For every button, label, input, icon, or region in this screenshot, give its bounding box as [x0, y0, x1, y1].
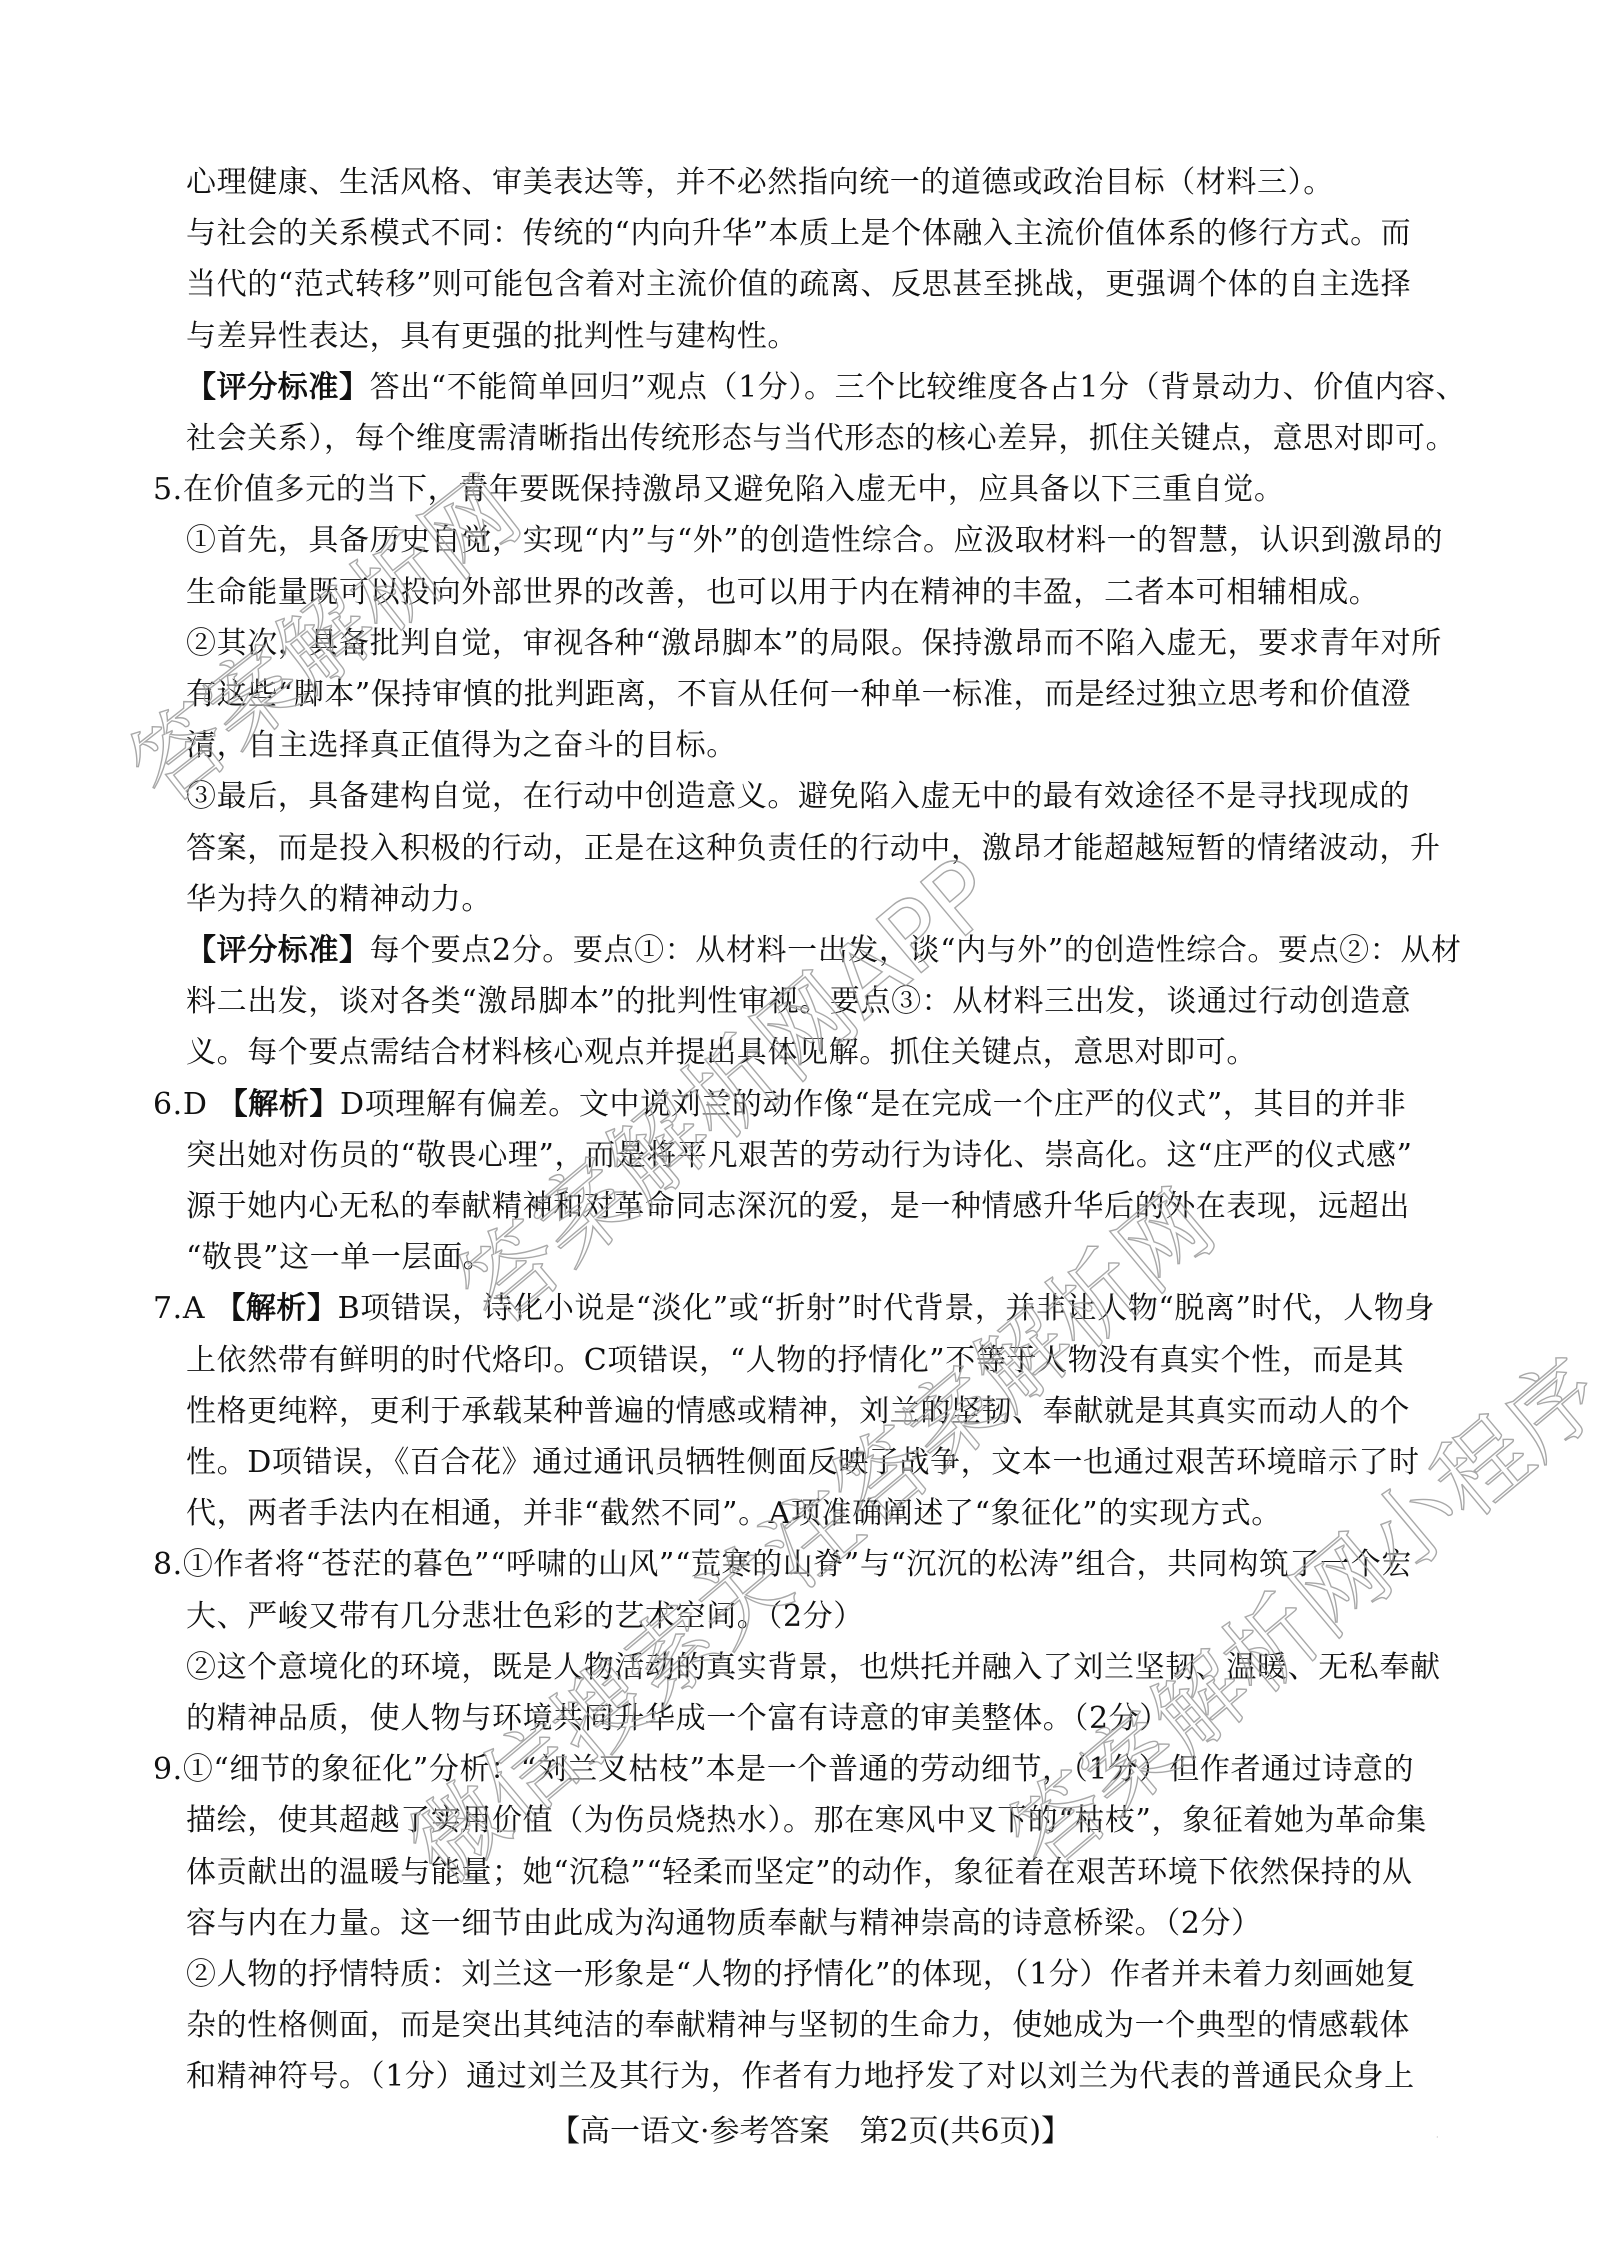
answer-choice: 6.D [153, 1087, 218, 1122]
text-line: 9.①“细节的象征化”分析：“刘兰叉枯枝”本是一个普通的劳动细节，（1分）但作者… [153, 1750, 1414, 1790]
line-text: 有这些“脚本”保持审慎的批判距离，不盲从任何一种单一标准，而是经过独立思考和价值… [186, 677, 1411, 712]
section-label: 【评分标准】 [186, 370, 370, 405]
text-line: 当代的“范式转移”则可能包含着对主流价值的疏离、反思甚至挑战，更强调个体的自主选… [186, 265, 1411, 305]
line-text: 8.①作者将“苍茫的暮色”“呼啸的山风”“荒寒的山脊”与“沉沉的松涛”组合，共同… [153, 1547, 1412, 1582]
line-text: 每个要点2分。要点①：从材料一出发，谈“内与外”的创造性综合。要点②：从材 [370, 933, 1462, 968]
text-line: 【评分标准】每个要点2分。要点①：从材料一出发，谈“内与外”的创造性综合。要点②… [186, 931, 1462, 971]
line-text: 与社会的关系模式不同：传统的“内向升华”本质上是个体融入主流价值体系的修行方式。… [186, 216, 1411, 251]
line-text: 突出她对伤员的“敬畏心理”，而是将平凡艰苦的劳动行为诗化、崇高化。这“庄严的仪式… [186, 1138, 1413, 1173]
line-text: 源于她内心无私的奉献精神和对革命同志深沉的爱，是一种情感升华后的外在表现，远超出 [186, 1189, 1410, 1224]
page-footer: 【高一语文·参考答案 第2页(共6页)】 [550, 2112, 1071, 2152]
text-line: 源于她内心无私的奉献精神和对革命同志深沉的爱，是一种情感升华后的外在表现，远超出 [186, 1187, 1410, 1227]
line-text: 与差异性表达，具有更强的批判性与建构性。 [186, 319, 798, 354]
text-line: 与差异性表达，具有更强的批判性与建构性。 [186, 317, 798, 357]
text-line: 生命能量既可以投向外部世界的改善，也可以用于内在精神的丰盈，二者本可相辅相成。 [186, 573, 1379, 613]
text-line: 杂的性格侧面，而是突出其纯洁的奉献精神与坚韧的生命力，使她成为一个典型的情感载体 [186, 2006, 1410, 2046]
text-line: 义。每个要点需结合材料核心观点并提出具体见解。抓住关键点，意思对即可。 [186, 1033, 1257, 1073]
text-line: 有这些“脚本”保持审慎的批判距离，不盲从任何一种单一标准，而是经过独立思考和价值… [186, 675, 1411, 715]
text-line: 7.A 【解析】B项错误，诗化小说是“淡化”或“折射”时代背景，并非让人物“脱离… [153, 1289, 1435, 1329]
text-line: “敬畏”这一单一层面。 [186, 1238, 493, 1278]
text-line: 料二出发，谈对各类“激昂脚本”的批判性审视。要点③：从材料三出发，谈通过行动创造… [186, 982, 1411, 1022]
text-line: 大、严峻又带有几分悲壮色彩的艺术空间。（2分） [186, 1597, 864, 1637]
line-text: 当代的“范式转移”则可能包含着对主流价值的疏离、反思甚至挑战，更强调个体的自主选… [186, 267, 1411, 302]
text-line: 代，两者手法内在相通，并非“截然不同”。A项准确阐述了“象征化”的实现方式。 [186, 1494, 1282, 1534]
text-line: 8.①作者将“苍茫的暮色”“呼啸的山风”“荒寒的山脊”与“沉沉的松涛”组合，共同… [153, 1545, 1412, 1585]
answer-choice: 7.A [153, 1291, 215, 1326]
text-line: 突出她对伤员的“敬畏心理”，而是将平凡艰苦的劳动行为诗化、崇高化。这“庄严的仪式… [186, 1136, 1413, 1176]
text-line: 社会关系），每个维度需清晰指出传统形态与当代形态的核心差异，抓住关键点，意思对即… [186, 419, 1456, 459]
text-line: ①首先，具备历史自觉，实现“内”与“外”的创造性综合。应汲取材料一的智慧，认识到… [186, 521, 1443, 561]
line-text: ③最后，具备建构自觉，在行动中创造意义。避免陷入虚无中的最有效途径不是寻找现成的 [186, 779, 1410, 814]
line-text: D项理解有偏差。文中说刘兰的动作像“是在完成一个庄严的仪式”，其目的并非 [340, 1087, 1406, 1122]
text-line: 与社会的关系模式不同：传统的“内向升华”本质上是个体融入主流价值体系的修行方式。… [186, 214, 1411, 254]
line-text: 代，两者手法内在相通，并非“截然不同”。A项准确阐述了“象征化”的实现方式。 [186, 1496, 1282, 1531]
line-text: 描绘，使其超越了实用价值（为伤员烧热水）。那在寒风中叉下的“枯枝”，象征着她为革… [186, 1803, 1427, 1838]
line-text: 义。每个要点需结合材料核心观点并提出具体见解。抓住关键点，意思对即可。 [186, 1035, 1257, 1070]
text-line: ②其次，具备批判自觉，审视各种“激昂脚本”的局限。保持激昂而不陷入虚无，要求青年… [186, 624, 1442, 664]
line-text: 上依然带有鲜明的时代烙印。C项错误，“人物的抒情化”不等于人物没有真实个性，而是… [186, 1343, 1404, 1378]
line-text: ①首先，具备历史自觉，实现“内”与“外”的创造性综合。应汲取材料一的智慧，认识到… [186, 523, 1443, 558]
section-label: 【解析】 [218, 1087, 340, 1122]
line-text: 心理健康、生活风格、审美表达等，并不必然指向统一的道德或政治目标（材料三）。 [186, 165, 1334, 200]
line-text: 的精神品质，使人物与环境共同升华成一个富有诗意的审美整体。（2分） [186, 1701, 1170, 1736]
line-text: “敬畏”这一单一层面。 [186, 1240, 493, 1275]
text-line: ②人物的抒情特质：刘兰这一形象是“人物的抒情化”的体现，（1分）作者并未着力刻画… [186, 1955, 1416, 1995]
text-line: 体贡献出的温暖与能量；她“沉稳”“轻柔而坚定”的动作，象征着在艰苦环境下依然保持… [186, 1853, 1413, 1893]
text-line: 和精神符号。（1分）通过刘兰及其行为，作者有力地抒发了对以刘兰为代表的普通民众身… [186, 2057, 1415, 2097]
line-text: 清，自主选择真正值得为之奋斗的目标。 [186, 728, 737, 763]
text-line: 清，自主选择真正值得为之奋斗的目标。 [186, 726, 737, 766]
text-line: 5.在价值多元的当下，青年要既保持激昂又避免陷入虚无中，应具备以下三重自觉。 [153, 470, 1284, 510]
line-text: 社会关系），每个维度需清晰指出传统形态与当代形态的核心差异，抓住关键点，意思对即… [186, 421, 1456, 456]
line-text: 性格更纯粹，更利于承载某种普遍的情感或精神，刘兰的坚韧、奉献就是其真实而动人的个 [186, 1394, 1410, 1429]
text-line: 答案，而是投入积极的行动，正是在这种负责任的行动中，激昂才能超越短暂的情绪波动，… [186, 829, 1441, 869]
line-text: 答案，而是投入积极的行动，正是在这种负责任的行动中，激昂才能超越短暂的情绪波动，… [186, 831, 1441, 866]
text-line: ③最后，具备建构自觉，在行动中创造意义。避免陷入虚无中的最有效途径不是寻找现成的 [186, 777, 1410, 817]
line-text: B项错误，诗化小说是“淡化”或“折射”时代背景，并非让人物“脱离”时代，人物身 [338, 1291, 1435, 1326]
line-text: 华为持久的精神动力。 [186, 882, 492, 917]
text-line: ②这个意境化的环境，既是人物活动的真实背景，也烘托并融入了刘兰坚韧、温暖、无私奉… [186, 1648, 1441, 1688]
text-line: 华为持久的精神动力。 [186, 880, 492, 920]
text-line: 【评分标准】答出“不能简单回归”观点（1分）。三个比较维度各占1分（背景动力、价… [186, 368, 1466, 408]
text-line: 上依然带有鲜明的时代烙印。C项错误，“人物的抒情化”不等于人物没有真实个性，而是… [186, 1341, 1404, 1381]
line-text: 生命能量既可以投向外部世界的改善，也可以用于内在精神的丰盈，二者本可相辅相成。 [186, 575, 1379, 610]
line-text: ②其次，具备批判自觉，审视各种“激昂脚本”的局限。保持激昂而不陷入虚无，要求青年… [186, 626, 1442, 661]
scan-mark: · [1436, 2133, 1439, 2142]
line-text: 答出“不能简单回归”观点（1分）。三个比较维度各占1分（背景动力、价值内容、 [370, 370, 1467, 405]
text-line: 6.D 【解析】D项理解有偏差。文中说刘兰的动作像“是在完成一个庄严的仪式”，其… [153, 1085, 1406, 1125]
text-line: 描绘，使其超越了实用价值（为伤员烧热水）。那在寒风中叉下的“枯枝”，象征着她为革… [186, 1801, 1427, 1841]
text-line: 心理健康、生活风格、审美表达等，并不必然指向统一的道德或政治目标（材料三）。 [186, 163, 1334, 203]
line-text: ②这个意境化的环境，既是人物活动的真实背景，也烘托并融入了刘兰坚韧、温暖、无私奉… [186, 1650, 1441, 1685]
section-label: 【评分标准】 [186, 933, 370, 968]
text-line: 性。D项错误，《百合花》通过通讯员牺牲侧面反映了战争，文本一也通过艰苦环境暗示了… [186, 1443, 1420, 1483]
line-text: 9.①“细节的象征化”分析：“刘兰叉枯枝”本是一个普通的劳动细节，（1分）但作者… [153, 1752, 1414, 1787]
line-text: 料二出发，谈对各类“激昂脚本”的批判性审视。要点③：从材料三出发，谈通过行动创造… [186, 984, 1411, 1019]
text-line: 容与内在力量。这一细节由此成为沟通物质奉献与精神崇高的诗意桥梁。（2分） [186, 1904, 1262, 1944]
answer-key-page: 心理健康、生活风格、审美表达等，并不必然指向统一的道德或政治目标（材料三）。与社… [0, 0, 1603, 2252]
line-text: 性。D项错误，《百合花》通过通讯员牺牲侧面反映了战争，文本一也通过艰苦环境暗示了… [186, 1445, 1420, 1480]
line-text: 大、严峻又带有几分悲壮色彩的艺术空间。（2分） [186, 1599, 864, 1634]
text-line: 性格更纯粹，更利于承载某种普遍的情感或精神，刘兰的坚韧、奉献就是其真实而动人的个 [186, 1392, 1410, 1432]
line-text: 5.在价值多元的当下，青年要既保持激昂又避免陷入虚无中，应具备以下三重自觉。 [153, 472, 1284, 507]
text-line: 的精神品质，使人物与环境共同升华成一个富有诗意的审美整体。（2分） [186, 1699, 1170, 1739]
section-label: 【解析】 [215, 1291, 337, 1326]
